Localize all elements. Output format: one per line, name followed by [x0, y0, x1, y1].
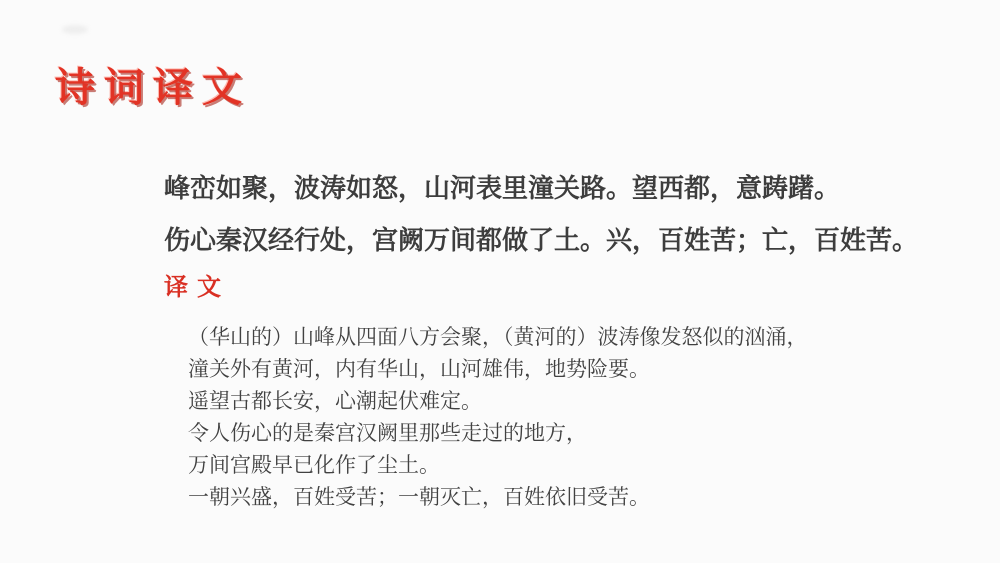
translation-section-label: 译文 — [164, 274, 230, 302]
poem-block: 峰峦如聚，波涛如怒，山河表里潼关路。望西都，意踌躇。 伤心秦汉经行处，宫阙万间都… — [164, 162, 918, 266]
translation-line: 一朝兴盛，百姓受苦；一朝灭亡，百姓依旧受苦。 — [188, 482, 808, 514]
translation-line: （华山的）山峰从四面八方会聚，（黄河的）波涛像发怒似的汹涌， — [188, 322, 808, 354]
translation-line: 万间宫殿早已化作了尘土。 — [188, 450, 808, 482]
translation-block: （华山的）山峰从四面八方会聚，（黄河的）波涛像发怒似的汹涌， 潼关外有黄河，内有… — [188, 322, 808, 514]
translation-line: 潼关外有黄河，内有华山，山河雄伟，地势险要。 — [188, 354, 808, 386]
poem-line: 伤心秦汉经行处，宫阙万间都做了土。兴，百姓苦；亡，百姓苦。 — [164, 214, 918, 266]
slide-smudge-artifact — [62, 25, 88, 34]
slide-title: 诗词译文 — [55, 66, 251, 110]
presentation-slide: 诗词译文 峰峦如聚，波涛如怒，山河表里潼关路。望西都，意踌躇。 伤心秦汉经行处，… — [0, 0, 1000, 563]
translation-line: 令人伤心的是秦宫汉阙里那些走过的地方， — [188, 418, 808, 450]
poem-line: 峰峦如聚，波涛如怒，山河表里潼关路。望西都，意踌躇。 — [164, 162, 918, 214]
translation-line: 遥望古都长安，心潮起伏难定。 — [188, 386, 808, 418]
